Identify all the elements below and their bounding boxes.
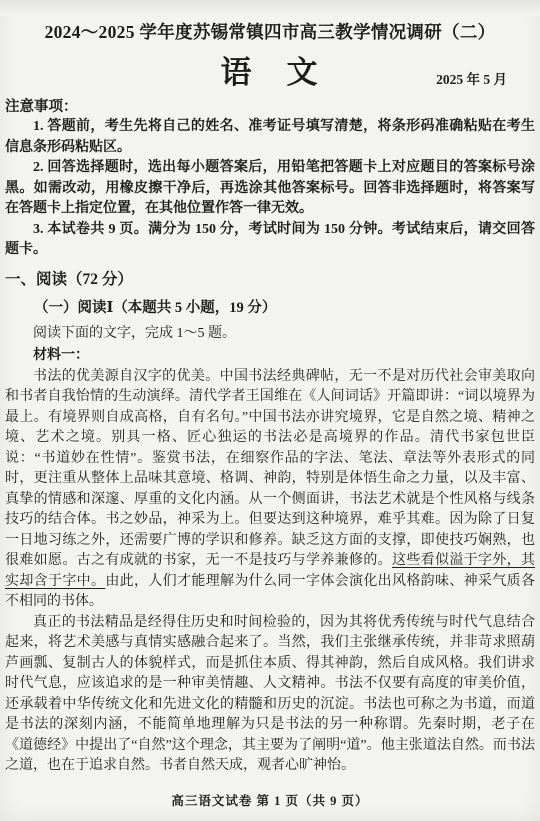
reading-instruction: 阅读下面的文字，完成 1～5 题。 <box>5 324 535 345</box>
material-one-paragraph-2: 真正的书法精品是经得住历史和时间检验的，因为其将优秀传统与时代气息结合起来，将艺… <box>5 613 535 777</box>
page-content: 2024～2025 学年度苏锡常镇四市高三教学情况调研（二） 语 文 2025 … <box>0 0 540 777</box>
subsection-heading-reading-1: （一）阅读Ⅰ（本题共 5 小题，19 分） <box>5 298 535 319</box>
notice-item-3: 3. 本试卷共 9 页。满分为 150 分，考试时间为 150 分钟。考试结束后… <box>5 220 535 261</box>
exam-date: 2025 年 5 月 <box>436 68 507 88</box>
material-one-paragraph-1: 书法的优美源自汉字的优美。中国书法经典碑帖，无一不是对历代社会审美取向和书者自我… <box>5 367 535 613</box>
paragraph-text: 书法的优美源自汉字的优美。中国书法经典碑帖，无一不是对历代社会审美取向和书者自我… <box>5 369 535 569</box>
page-footer: 高三语文试卷 第 1 页（共 9 页） <box>0 791 540 809</box>
exam-paper-page: 2024～2025 学年度苏锡常镇四市高三教学情况调研（二） 语 文 2025 … <box>0 0 540 821</box>
exam-title: 2024～2025 学年度苏锡常镇四市高三教学情况调研（二） <box>5 22 535 43</box>
notice-item-1: 1. 答题前，考生先将自己的姓名、准考证号填写清楚，将条形码准确粘贴在考生信息条… <box>5 117 535 158</box>
subject-row: 语 文 2025 年 5 月 <box>5 45 535 91</box>
notice-item-2: 2. 回答选择题时，选出每小题答案后，用铅笔把答题卡上对应题目的答案标号涂黑。如… <box>5 158 535 220</box>
section-heading-reading: 一、阅读（72 分） <box>5 269 535 290</box>
notice-label: 注意事项： <box>5 97 535 117</box>
material-one-label: 材料一： <box>5 346 535 367</box>
